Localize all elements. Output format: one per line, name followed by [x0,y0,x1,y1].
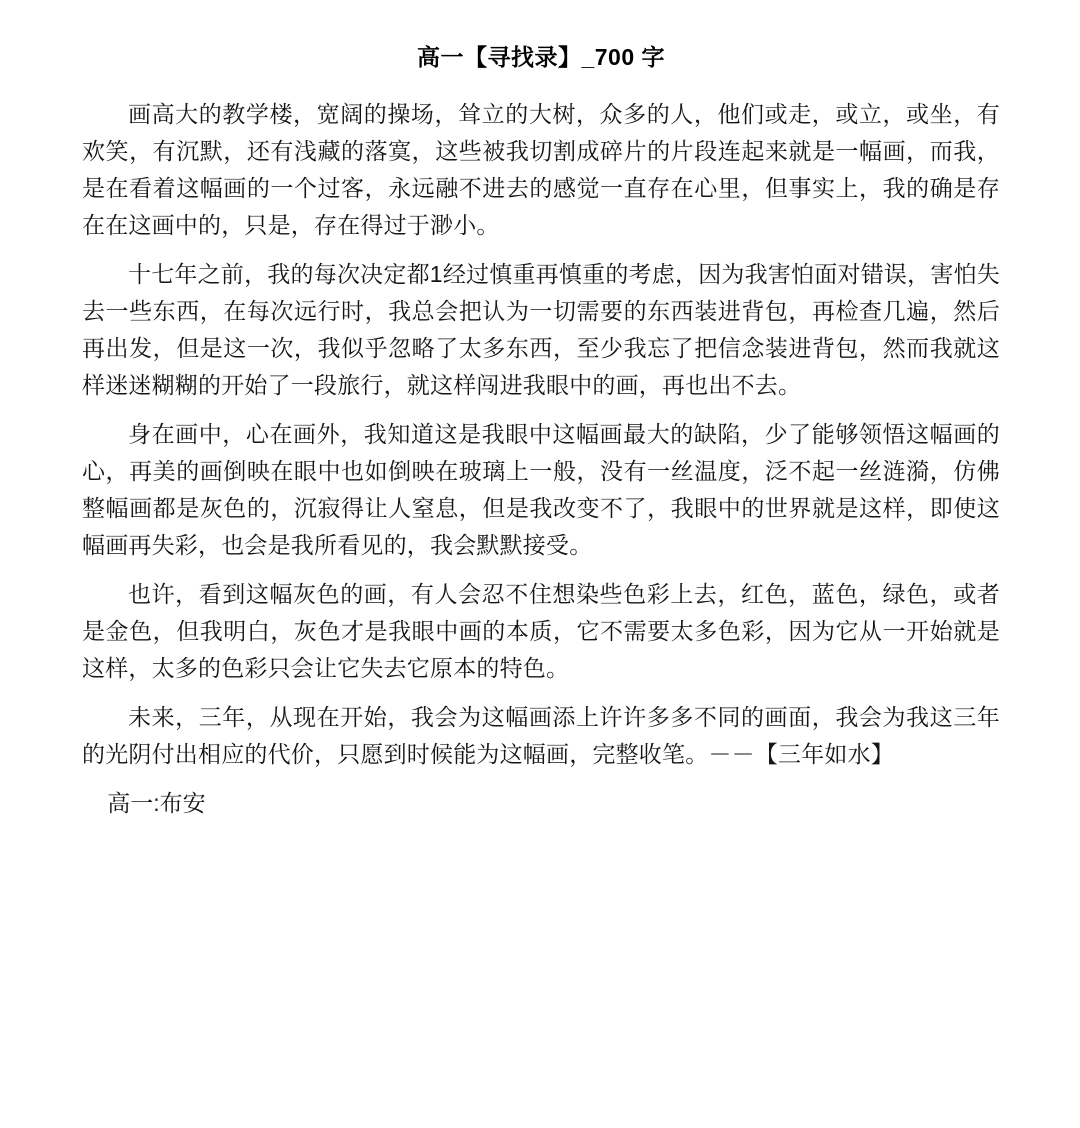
essay-paragraph-3: 身在画中，心在画外，我知道这是我眼中这幅画最大的缺陷，少了能够领悟这幅画的心，再… [82,416,1000,564]
essay-paragraph-1: 画高大的教学楼，宽阔的操场，耸立的大树，众多的人，他们或走，或立，或坐，有欢笑，… [82,96,1000,244]
page-title: 高一【寻找录】_700 字 [82,42,1000,72]
essay-paragraph-4: 也许，看到这幅灰色的画，有人会忍不住想染些色彩上去，红色，蓝色，绿色，或者是金色… [82,576,1000,687]
essay-paragraph-2: 十七年之前，我的每次决定都1经过慎重再慎重的考虑，因为我害怕面对错误，害怕失去一… [82,256,1000,404]
essay-paragraph-5: 未来，三年，从现在开始，我会为这幅画添上许许多多不同的画面，我会为我这三年的光阴… [82,699,1000,773]
document-page: 高一【寻找录】_700 字 画高大的教学楼，宽阔的操场，耸立的大树，众多的人，他… [0,0,1080,1128]
author-signature: 高一:布安 [82,785,1000,822]
